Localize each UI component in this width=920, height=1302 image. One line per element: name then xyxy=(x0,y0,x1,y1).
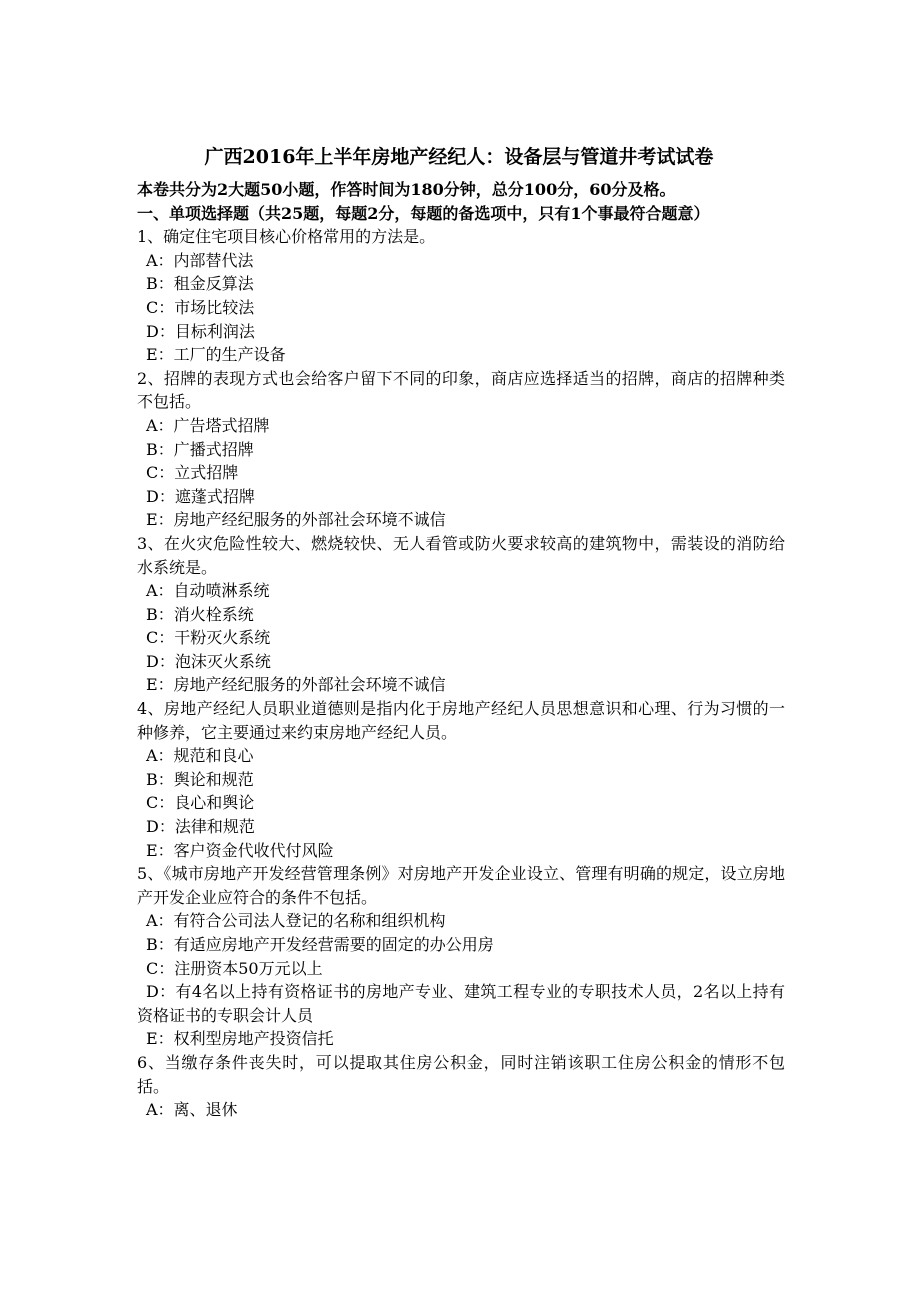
question-stem: 6、当缴存条件丧失时，可以提取其住房公积金，同时注销该职工住房公积金的情形不包括… xyxy=(137,1051,785,1098)
question-6: 6、当缴存条件丧失时，可以提取其住房公积金，同时注销该职工住房公积金的情形不包括… xyxy=(137,1051,785,1122)
question-stem: 3、在火灾危险性较大、燃烧较快、无人看管或防火要求较高的建筑物中，需装设的消防给… xyxy=(137,532,785,579)
document-title: 广西2016年上半年房地产经纪人：设备层与管道井考试试卷 xyxy=(133,140,785,178)
option-e: E：客户资金代收代付风险 xyxy=(137,839,785,863)
option-a: A：内部替代法 xyxy=(137,249,785,273)
option-c: C：干粉灭火系统 xyxy=(137,626,785,650)
option-d: D：法律和规范 xyxy=(137,815,785,839)
option-a: A：自动喷淋系统 xyxy=(137,579,785,603)
option-a: A：规范和良心 xyxy=(137,744,785,768)
option-e: E：房地产经纪服务的外部社会环境不诚信 xyxy=(137,508,785,532)
question-5: 5、《城市房地产开发经营管理条例》对房地产开发企业设立、管理有明确的规定，设立房… xyxy=(137,862,785,1051)
option-a: A：广告塔式招牌 xyxy=(137,414,785,438)
option-b: B：消火栓系统 xyxy=(137,603,785,627)
question-stem: 5、《城市房地产开发经营管理条例》对房地产开发企业设立、管理有明确的规定，设立房… xyxy=(137,862,785,909)
question-3: 3、在火灾危险性较大、燃烧较快、无人看管或防火要求较高的建筑物中，需装设的消防给… xyxy=(137,532,785,697)
question-stem: 2、招牌的表现方式也会给客户留下不同的印象，商店应选择适当的招牌，商店的招牌种类… xyxy=(137,367,785,414)
option-b: B：舆论和规范 xyxy=(137,768,785,792)
option-d: D：遮蓬式招牌 xyxy=(137,485,785,509)
option-d: D：泡沫灭火系统 xyxy=(137,650,785,674)
option-c: C：市场比较法 xyxy=(137,296,785,320)
option-b: B：有适应房地产开发经营需要的固定的办公用房 xyxy=(137,933,785,957)
question-4: 4、房地产经纪人员职业道德则是指内化于房地产经纪人员思想意识和心理、行为习惯的一… xyxy=(137,697,785,862)
option-a: A：离、退休 xyxy=(137,1098,785,1122)
section-heading: 一、单项选择题（共25题，每题2分，每题的备选项中，只有1个事最符合题意） xyxy=(137,202,785,226)
question-stem: 1、确定住宅项目核心价格常用的方法是。 xyxy=(137,225,785,249)
question-2: 2、招牌的表现方式也会给客户留下不同的印象，商店应选择适当的招牌，商店的招牌种类… xyxy=(137,367,785,532)
option-e: E：房地产经纪服务的外部社会环境不诚信 xyxy=(137,673,785,697)
option-b: B：租金反算法 xyxy=(137,272,785,296)
option-a: A：有符合公司法人登记的名称和组织机构 xyxy=(137,909,785,933)
option-d: D：有4名以上持有资格证书的房地产专业、建筑工程专业的专职技术人员，2名以上持有… xyxy=(137,980,785,1027)
option-c: C：注册资本50万元以上 xyxy=(137,957,785,981)
document-page: 广西2016年上半年房地产经纪人：设备层与管道井考试试卷 本卷共分为2大题50小… xyxy=(137,140,785,1122)
option-c: C：立式招牌 xyxy=(137,461,785,485)
question-1: 1、确定住宅项目核心价格常用的方法是。 A：内部替代法 B：租金反算法 C：市场… xyxy=(137,225,785,367)
option-e: E：工厂的生产设备 xyxy=(137,343,785,367)
exam-intro: 本卷共分为2大题50小题，作答时间为180分钟，总分100分，60分及格。 xyxy=(137,178,785,202)
option-b: B：广播式招牌 xyxy=(137,438,785,462)
option-c: C：良心和舆论 xyxy=(137,791,785,815)
option-d: D：目标利润法 xyxy=(137,320,785,344)
question-stem: 4、房地产经纪人员职业道德则是指内化于房地产经纪人员思想意识和心理、行为习惯的一… xyxy=(137,697,785,744)
option-e: E：权利型房地产投资信托 xyxy=(137,1027,785,1051)
